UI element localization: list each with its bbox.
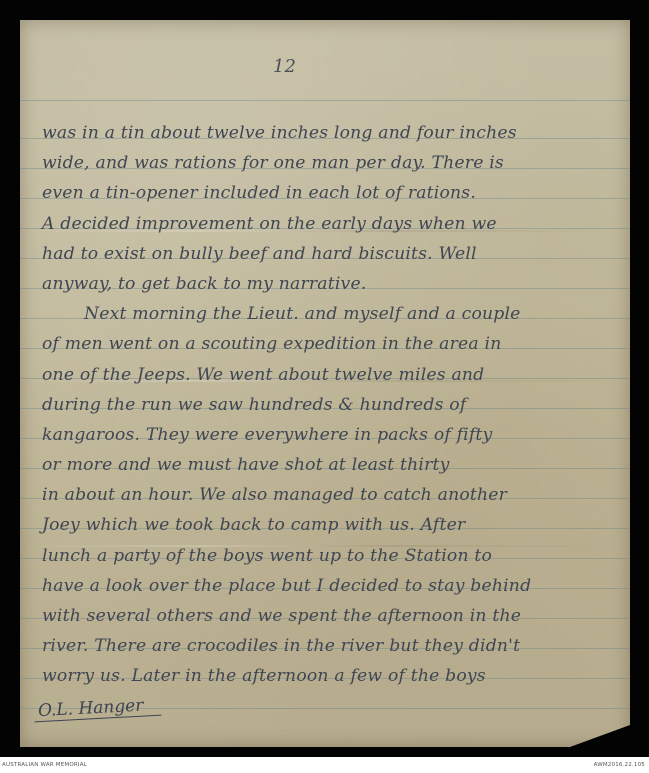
text-line-paragraph-start: Next morning the Lieut. and myself and a… xyxy=(42,299,627,329)
letter-page: 12 was in a tin about twelve inches long… xyxy=(20,20,630,747)
text-line: of men went on a scouting expedition in … xyxy=(42,329,627,359)
text-line: during the run we saw hundreds & hundred… xyxy=(42,390,627,420)
archive-footer: AUSTRALIAN WAR MEMORIAL AWM2016.22.105 xyxy=(0,757,649,773)
institution-label: AUSTRALIAN WAR MEMORIAL xyxy=(2,762,87,768)
text-line: had to exist on bully beef and hard bisc… xyxy=(42,239,627,269)
text-line: was in a tin about twelve inches long an… xyxy=(42,118,627,148)
text-line: A decided improvement on the early days … xyxy=(42,209,627,239)
text-line: have a look over the place but I decided… xyxy=(42,571,627,601)
ruled-line xyxy=(20,100,630,101)
signature: O.L. Hanger xyxy=(34,695,162,723)
text-line: in about an hour. We also managed to cat… xyxy=(42,480,627,510)
text-line: lunch a party of the boys went up to the… xyxy=(42,541,627,571)
text-line: with several others and we spent the aft… xyxy=(42,601,627,631)
handwritten-text: was in a tin about twelve inches long an… xyxy=(42,118,627,692)
text-line: or more and we must have shot at least t… xyxy=(42,450,627,480)
text-line: Joey which we took back to camp with us.… xyxy=(42,510,627,540)
text-line: one of the Jeeps. We went about twelve m… xyxy=(42,360,627,390)
accession-id: AWM2016.22.105 xyxy=(594,762,645,768)
text-line: river. There are crocodiles in the river… xyxy=(42,631,627,661)
scan-frame: 12 was in a tin about twelve inches long… xyxy=(0,0,649,757)
text-line: wide, and was rations for one man per da… xyxy=(42,148,627,178)
text-line: anyway, to get back to my narrative. xyxy=(42,269,627,299)
text-line: worry us. Later in the afternoon a few o… xyxy=(42,661,627,691)
text-line: kangaroos. They were everywhere in packs… xyxy=(42,420,627,450)
page-number: 12 xyxy=(273,56,296,77)
text-line: even a tin-opener included in each lot o… xyxy=(42,178,627,208)
